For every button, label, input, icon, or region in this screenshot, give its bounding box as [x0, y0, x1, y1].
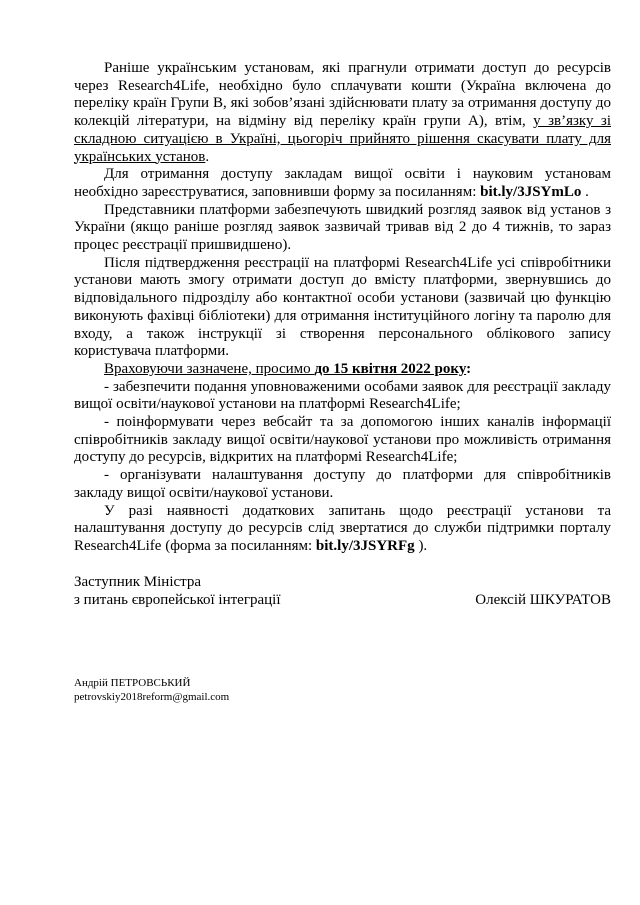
paragraph-text: . [581, 184, 589, 200]
paragraph-text: Представники платформи забезпечують швид… [74, 202, 611, 253]
deadline-heading: Враховуючи зазначене, просимо до 15 квіт… [74, 361, 611, 379]
deadline-date-text: до 15 квітня 2022 року [314, 361, 466, 377]
paragraph-previous-fee: Раніше українським установам, які прагну… [74, 60, 611, 166]
bullet-text: - забезпечити подання уповноваженими осо… [74, 379, 611, 413]
paragraph-support: У разі наявності додаткових запитань щод… [74, 503, 611, 556]
bullet-text: - організувати налаштування доступу до п… [74, 467, 611, 501]
signer-title-line1: Заступник Міністра [74, 574, 611, 592]
bullet-item-submit-applications: - забезпечити подання уповноваженими осо… [74, 379, 611, 414]
support-form-link[interactable]: bit.ly/3JSYRFg [316, 538, 415, 554]
bullet-item-inform-staff: - поінформувати через вебсайт та за допо… [74, 414, 611, 467]
paragraph-text: Після підтвердження реєстрації на платфо… [74, 255, 611, 360]
executor-name: Андрій ПЕТРОВСЬКИЙ [74, 677, 229, 691]
paragraph-text: . [205, 149, 209, 165]
paragraph-registration: Для отримання доступу закладам вищої осв… [74, 166, 611, 201]
deadline-colon: : [466, 361, 471, 377]
deadline-lead-text: Враховуючи зазначене, просимо [104, 361, 314, 377]
executor-email: petrovskiy2018reform@gmail.com [74, 691, 229, 705]
signer-title-line2: з питань європейської інтеграції [74, 592, 281, 610]
paragraph-text: ). [415, 538, 428, 554]
document-page: Раніше українським установам, які прагну… [0, 0, 640, 905]
signature-block: Заступник Міністра з питань європейської… [74, 574, 611, 609]
bullet-text: - поінформувати через вебсайт та за допо… [74, 414, 611, 465]
paragraph-review-speed: Представники платформи забезпечують швид… [74, 202, 611, 255]
paragraph-access-instructions: Після підтвердження реєстрації на платфо… [74, 255, 611, 361]
executor-contact-block: Андрій ПЕТРОВСЬКИЙ petrovskiy2018reform@… [74, 677, 229, 704]
paragraph-text: Раніше українським установам, які прагну… [74, 60, 611, 129]
letter-body: Раніше українським установам, які прагну… [74, 60, 611, 556]
bullet-item-configure-access: - організувати налаштування доступу до п… [74, 467, 611, 502]
registration-link[interactable]: bit.ly/3JSYmLo [480, 184, 581, 200]
signer-name: Олексій ШКУРАТОВ [475, 592, 611, 610]
